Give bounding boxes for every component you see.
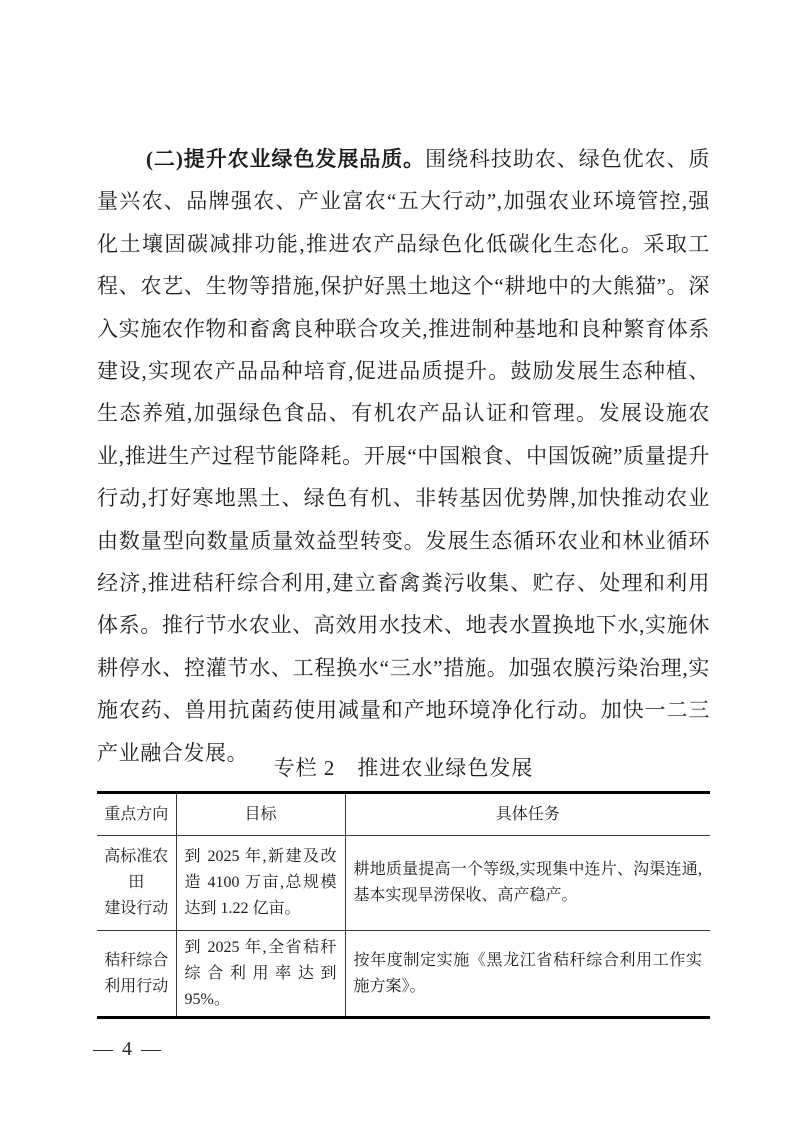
- cell-goal: 到 2025 年,新建及改造 4100 万亩,总规模达到 1.22 亿亩。: [176, 836, 345, 931]
- section-body-text: 围绕科技助农、绿色优农、质量兴农、品牌强农、产业富农“五大行动”,加强农业环境管…: [97, 147, 710, 765]
- document-page: (二)提升农业绿色发展品质。围绕科技助农、绿色优农、质量兴农、品牌强农、产业富农…: [0, 0, 800, 1131]
- box-caption: 专栏 2 推进农业绿色发展: [97, 752, 710, 782]
- cell-goal: 到 2025 年,全省秸秆综合利用率达到 95%。: [176, 931, 345, 1018]
- cell-direction: 秸秆综合 利用行动: [97, 931, 176, 1018]
- cell-direction: 高标准农田 建设行动: [97, 836, 176, 931]
- cell-task: 耕地质量提高一个等级,实现集中连片、沟渠连通,基本实现旱涝保收、高产稳产。: [345, 836, 710, 931]
- table-row: 高标准农田 建设行动 到 2025 年,新建及改造 4100 万亩,总规模达到 …: [97, 836, 710, 931]
- cell-task: 按年度制定实施《黑龙江省秸秆综合利用工作实施方案》。: [345, 931, 710, 1018]
- table-row: 秸秆综合 利用行动 到 2025 年,全省秸秆综合利用率达到 95%。 按年度制…: [97, 931, 710, 1018]
- key-actions-table: 重点方向 目标 具体任务 高标准农田 建设行动 到 2025 年,新建及改造 4…: [97, 791, 710, 1019]
- section-heading: (二)提升农业绿色发展品质。: [146, 147, 425, 171]
- header-task: 具体任务: [345, 793, 710, 836]
- header-direction: 重点方向: [97, 793, 176, 836]
- table-header-row: 重点方向 目标 具体任务: [97, 793, 710, 836]
- body-paragraph: (二)提升农业绿色发展品质。围绕科技助农、绿色优农、质量兴农、品牌强农、产业富农…: [97, 138, 710, 774]
- header-goal: 目标: [176, 793, 345, 836]
- page-number: — 4 —: [93, 1038, 163, 1061]
